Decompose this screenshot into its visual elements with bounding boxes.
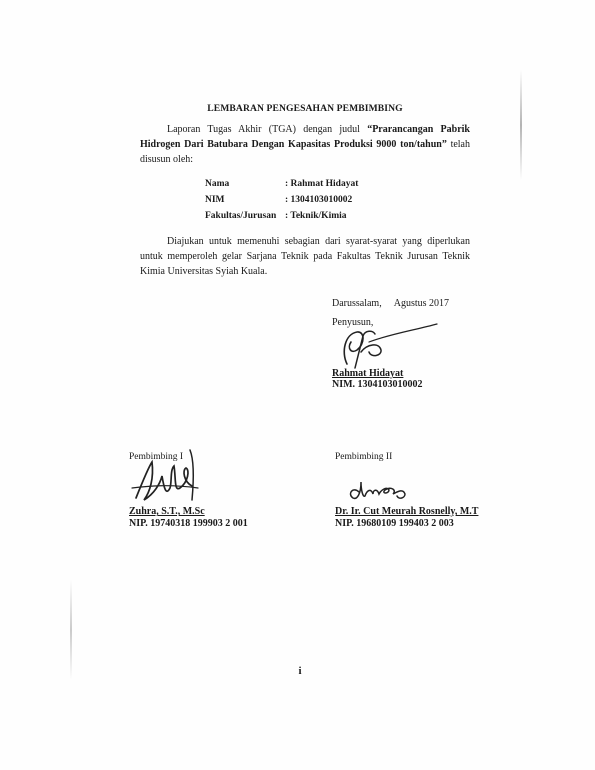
intro-prefix: Laporan Tugas Akhir (TGA) dengan judul (167, 124, 367, 135)
scan-artifact (70, 580, 72, 680)
page-title: LEMBARAN PENGESAHAN PEMBIMBING (140, 103, 470, 114)
place: Darussalam, (332, 298, 382, 309)
info-label: Fakultas/Jurusan (205, 208, 285, 224)
pembimbing-1-signature-icon (130, 448, 205, 508)
pembimbing-2-signature-icon (345, 472, 415, 502)
info-label: NIM (205, 192, 285, 208)
info-value: : Teknik/Kimia (285, 208, 358, 224)
purpose-text: Diajukan untuk memenuhi sebagian dari sy… (140, 236, 470, 277)
pembimbing-1-nip: NIP. 19740318 199903 2 001 (129, 518, 248, 529)
penyusun-nim: NIM. 1304103010002 (332, 379, 423, 390)
info-value: : Rahmat Hidayat (285, 176, 358, 192)
pembimbing-2-name: Dr. Ir. Cut Meurah Rosnelly, M.T (335, 506, 478, 517)
info-label: Nama (205, 176, 285, 192)
purpose-paragraph: Diajukan untuk memenuhi sebagian dari sy… (140, 234, 470, 279)
penyusun-signature-icon (335, 322, 445, 372)
place-date: Darussalam,Agustus 2017 (332, 298, 449, 309)
pembimbing-1-name: Zuhra, S.T., M.Sc (129, 506, 205, 517)
penyusun-name: Rahmat Hidayat (332, 368, 403, 379)
pembimbing-2-label: Pembimbing II (335, 452, 392, 462)
scan-artifact (520, 70, 522, 180)
document-page: LEMBARAN PENGESAHAN PEMBIMBING Laporan T… (0, 0, 595, 770)
author-info-row: Nama : Rahmat Hidayat (205, 176, 358, 192)
author-info-row: Fakultas/Jurusan : Teknik/Kimia (205, 208, 358, 224)
author-info-row: NIM : 1304103010002 (205, 192, 358, 208)
author-info-table: Nama : Rahmat Hidayat NIM : 130410301000… (205, 176, 358, 224)
page-number: i (290, 665, 310, 677)
intro-paragraph: Laporan Tugas Akhir (TGA) dengan judul “… (140, 122, 470, 167)
date: Agustus 2017 (394, 298, 449, 309)
info-value: : 1304103010002 (285, 192, 358, 208)
pembimbing-2-nip: NIP. 19680109 199403 2 003 (335, 518, 454, 529)
